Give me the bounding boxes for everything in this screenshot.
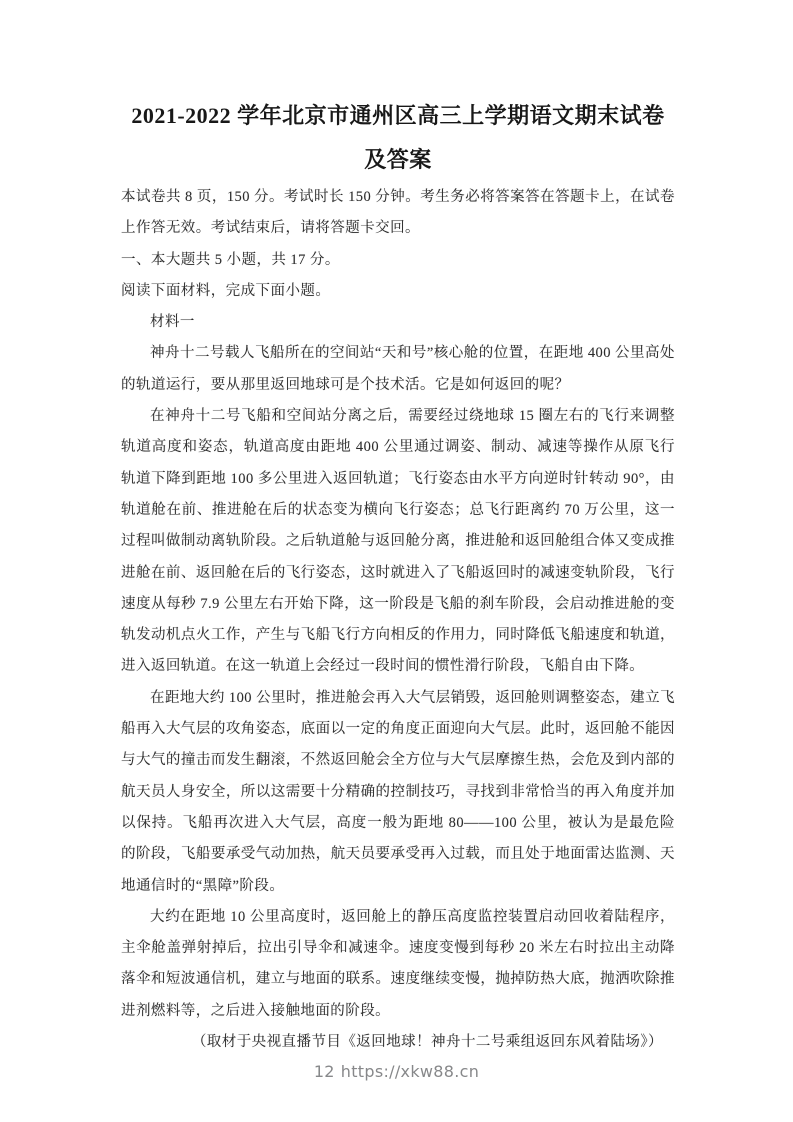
material-paragraph: 在距地大约 100 公里时，推进舱会再入大气层销毁，返回舱则调整姿态，建立飞船再… bbox=[121, 683, 675, 902]
document-content: 2021-2022 学年北京市通州区高三上学期语文期末试卷及答案 本试卷共 8 … bbox=[121, 0, 675, 1058]
document-body: 本试卷共 8 页，150 分。考试时长 150 分钟。考生务必将答案答在答题卡上… bbox=[121, 182, 675, 1058]
material-one-label: 材料一 bbox=[121, 307, 675, 338]
document-page: 2021-2022 学年北京市通州区高三上学期语文期末试卷及答案 本试卷共 8 … bbox=[0, 0, 793, 1122]
source-attribution: （取材于央视直播节目《返回地球！神舟十二号乘组返回东风着陆场》） bbox=[121, 1027, 675, 1058]
exam-info: 本试卷共 8 页，150 分。考试时长 150 分钟。考生务必将答案答在答题卡上… bbox=[121, 182, 675, 245]
site-link[interactable]: https://xkw88.cn bbox=[341, 1062, 479, 1081]
reading-instruction: 阅读下面材料，完成下面小题。 bbox=[121, 276, 675, 307]
material-paragraph: 大约在距地 10 公里高度时，返回舱上的静压高度监控装置启动回收着陆程序，主伞舱… bbox=[121, 902, 675, 1027]
page-footer: 12https://xkw88.cn bbox=[0, 1062, 793, 1081]
document-title: 2021-2022 学年北京市通州区高三上学期语文期末试卷及答案 bbox=[121, 0, 675, 182]
material-paragraph: 神舟十二号载人飞船所在的空间站“天和号”核心舱的位置，在距地 400 公里高处的… bbox=[121, 338, 675, 401]
section-heading: 一、本大题共 5 小题，共 17 分。 bbox=[121, 245, 675, 276]
page-number: 12 bbox=[314, 1062, 335, 1081]
material-paragraph: 在神舟十二号飞船和空间站分离之后，需要经过绕地球 15 圈左右的飞行来调整轨道高… bbox=[121, 401, 675, 683]
